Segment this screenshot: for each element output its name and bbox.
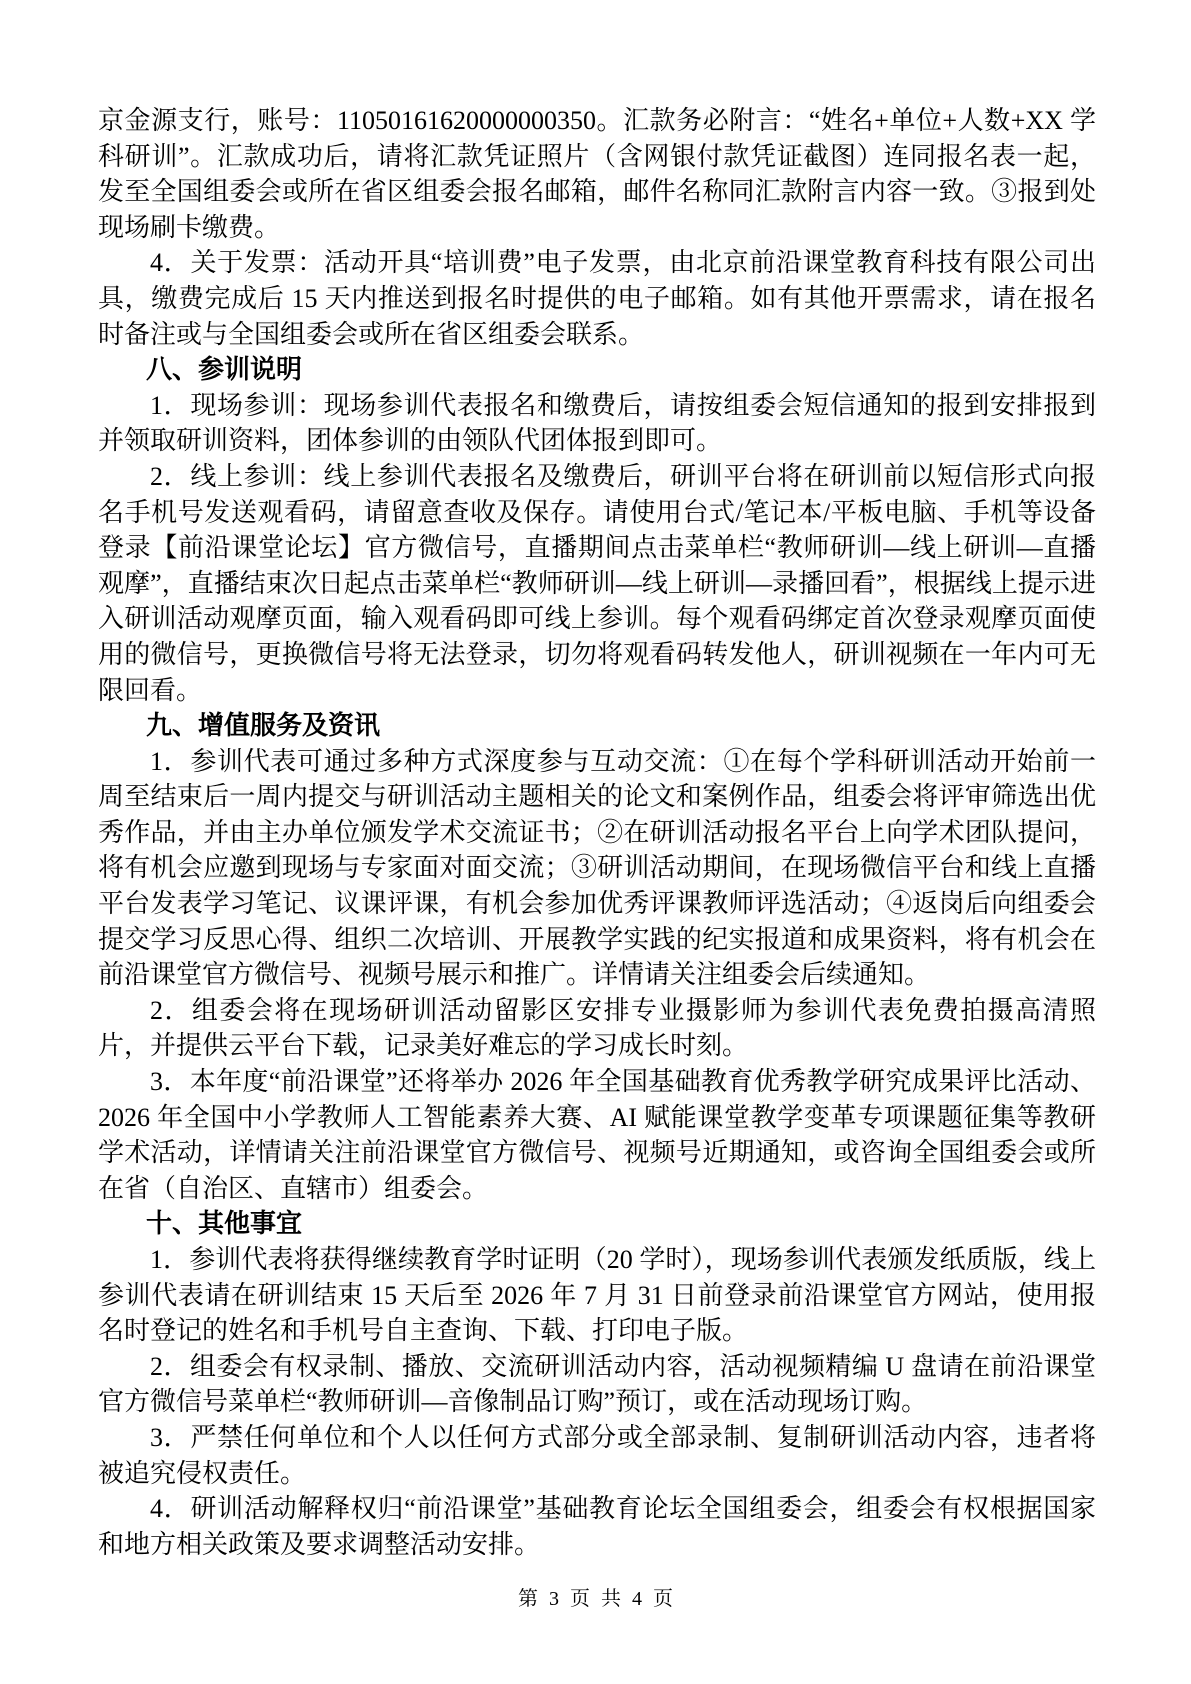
paragraph-recording-rights: 2．组委会有权录制、播放、交流研训活动内容，活动视频精编 U 盘请在前沿课堂官方… bbox=[98, 1349, 1096, 1420]
page-number-label: 第 3 页 共 4 页 bbox=[518, 1588, 673, 1610]
section-heading-miscellaneous: 十、其他事宜 bbox=[98, 1206, 1096, 1242]
paragraph-photography-service: 2．组委会将在现场研训活动留影区安排专业摄影师为参训代表免费拍摄高清照片，并提供… bbox=[98, 993, 1096, 1064]
paragraph-online-participation: 2．线上参训：线上参训代表报名及缴费后，研训平台将在研训前以短信形式向报名手机号… bbox=[98, 459, 1096, 708]
paragraph-interactive-exchange: 1．参训代表可通过多种方式深度参与互动交流：①在每个学科研训活动开始前一周至结束… bbox=[98, 744, 1096, 993]
paragraph-onsite-participation: 1．现场参训：现场参训代表报名和缴费后，请按组委会短信通知的报到安排报到并领取研… bbox=[98, 388, 1096, 459]
paragraph-copy-prohibition: 3．严禁任何单位和个人以任何方式部分或全部录制、复制研训活动内容，违者将被追究侵… bbox=[98, 1420, 1096, 1491]
paragraph-other-activities: 3．本年度“前沿课堂”还将举办 2026 年全国基础教育优秀教学研究成果评比活动… bbox=[98, 1064, 1096, 1206]
page-footer: 第 3 页 共 4 页 bbox=[0, 1582, 1191, 1611]
paragraph-interpretation-rights: 4．研训活动解释权归“前沿课堂”基础教育论坛全国组委会，组委会有权根据国家和地方… bbox=[98, 1491, 1096, 1562]
section-heading-value-added-services: 九、增值服务及资讯 bbox=[98, 708, 1096, 744]
paragraph-remittance-continuation: 京金源支行，账号：11050161620000000350。汇款务必附言：“姓名… bbox=[98, 103, 1096, 245]
section-heading-participation-notes: 八、参训说明 bbox=[98, 352, 1096, 388]
paragraph-credit-certificate: 1．参训代表将获得继续教育学时证明（20 学时），现场参训代表颁发纸质版，线上参… bbox=[98, 1242, 1096, 1349]
document-page: 京金源支行，账号：11050161620000000350。汇款务必附言：“姓名… bbox=[0, 0, 1191, 1684]
paragraph-invoice-info: 4．关于发票：活动开具“培训费”电子发票，由北京前沿课堂教育科技有限公司出具，缴… bbox=[98, 245, 1096, 352]
document-body: 京金源支行，账号：11050161620000000350。汇款务必附言：“姓名… bbox=[98, 103, 1096, 1562]
